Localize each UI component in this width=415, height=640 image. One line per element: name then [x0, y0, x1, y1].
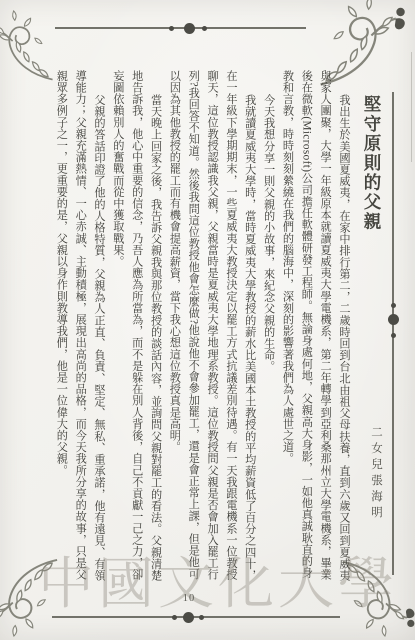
- top-rule-dot-small-icon: [202, 26, 207, 31]
- bottom-rule-dot-small-icon: [199, 615, 204, 620]
- right-rule-dot-large-icon: [388, 314, 399, 325]
- scanned-book-page: 堅守原則的父親 二女兒張海明 我出生於美國夏威夷，在家中排行第二，二歲時回到台北…: [0, 0, 415, 640]
- bottom-rule-dot-small-icon: [172, 615, 177, 620]
- top-border-rule: [55, 27, 306, 29]
- paragraph: 當天晚上回家之後，我告訴父親我與那位教授的談話內容，並詢問父親對罷工的看法。父親…: [108, 70, 165, 584]
- page-number: 10: [176, 593, 202, 604]
- floral-flourish-top-left-icon: [0, 10, 58, 84]
- right-rule-dot-small-icon: [391, 333, 396, 338]
- paragraph: 今天我想分享一則父親的小故事，來紀念父親的生命。: [259, 70, 278, 584]
- scan-edge-artifact: [411, 52, 412, 162]
- author-byline: 二女兒張海明: [368, 426, 384, 546]
- bottom-border-rule: [52, 616, 340, 618]
- paragraph: 我就讀夏威夷大學時，當時夏威夷大學教授的薪水比美國本土教授的平均薪資低了百分之四…: [165, 70, 259, 584]
- body-text: 我出生於美國夏威夷，在家中排行第二，二歲時回到台北由祖父母扶養，直到六歲又回到夏…: [53, 70, 353, 584]
- page-title: 堅守原則的父親: [360, 95, 385, 355]
- top-rule-dot-small-icon: [169, 26, 174, 31]
- paragraph: 我出生於美國夏威夷，在家中排行第二，二歲時回到台北由祖父母扶養，直到六歲又回到夏…: [278, 70, 353, 584]
- bottom-rule-dot-large-icon: [183, 612, 194, 623]
- top-rule-dot-large-icon: [184, 23, 195, 34]
- paragraph: 父親的答話印證了他的人格特質，父親為人正直、負責、堅定、無私、重承諾，他有遠見、…: [52, 70, 109, 584]
- right-rule-dot-small-icon: [391, 303, 396, 308]
